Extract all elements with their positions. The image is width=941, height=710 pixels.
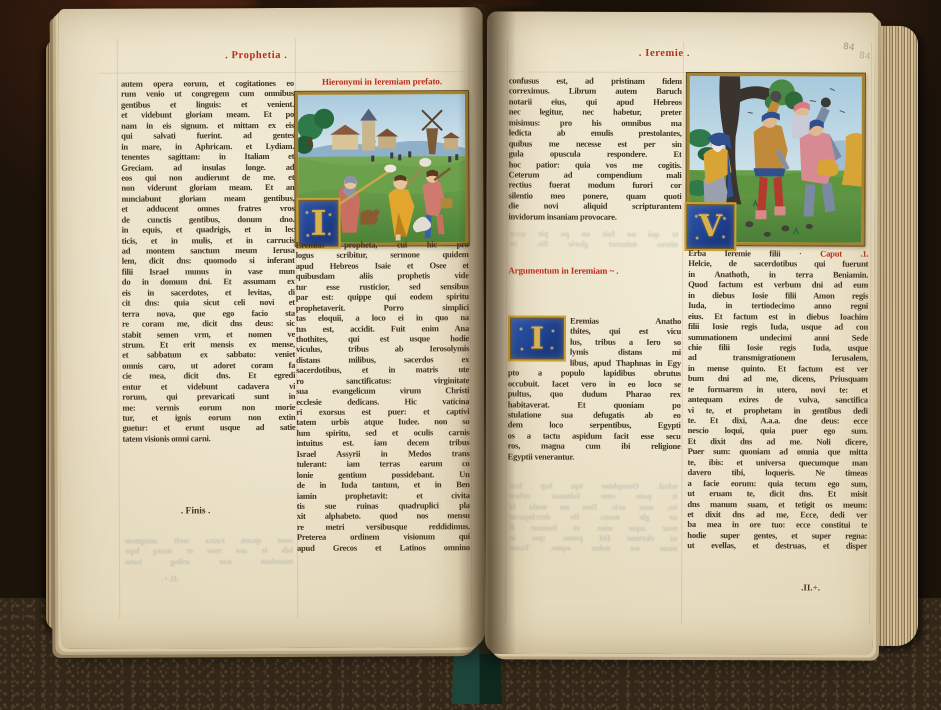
right-column-1-text: confusus est, ad pristinam fidemcorrexim… xyxy=(508,75,682,222)
ruling-line xyxy=(117,39,121,619)
incipit-line: Erba Ieremie filii · Caput .1. xyxy=(688,248,868,259)
jeremiah-chapter1-text: Helcie, de sacerdotibus qui fueruntin An… xyxy=(687,258,868,551)
ruling-line xyxy=(869,43,872,625)
caput-rubric: · Caput .1. xyxy=(799,248,868,258)
signature-dot: . xyxy=(818,582,820,592)
left-column-1-text: autem opera eorum, et cogitationes eorum… xyxy=(121,78,296,444)
showthrough-text: tehul. Oomphine tqu fup borit pote eme f… xyxy=(509,481,677,554)
page-block-fore-edge xyxy=(872,26,918,646)
initial-letter: I xyxy=(530,321,544,356)
rubric-argumentum: Argumentum in Ieremiam ~ . xyxy=(508,265,681,276)
argumentum-full-lines: libus, apud Thaphnas in Egypto a populo … xyxy=(508,357,681,462)
signature-numeral: .II. xyxy=(801,582,813,592)
pencil-foliation-b: 84 xyxy=(858,51,871,63)
incipit-text: Erba Ieremie filii xyxy=(688,248,780,258)
photo-background: . Prophetia . autem opera eorum, et cogi… xyxy=(0,0,941,710)
showthrough-signature: .II.+. xyxy=(119,574,179,583)
manuscript-page-right: . Ieremie . 84 84 confusus est, ad prist… xyxy=(485,11,875,654)
initial-letter: V xyxy=(699,209,722,244)
running-title-right: . Ieremie . xyxy=(562,48,767,60)
ruling-line xyxy=(99,71,463,74)
illuminated-initial-V: V xyxy=(684,202,736,251)
showthrough-text: sone quam rauta seelt amignembib le aro … xyxy=(125,536,293,568)
quire-signature: .II.+. xyxy=(801,582,820,592)
illuminated-initial-I-argumentum: I xyxy=(508,315,566,361)
showthrough-text: te qui no fuit on po ple utrouiteus minu… xyxy=(510,229,678,250)
rubric-jerome-preface: Hieronymi in Ieremiam prefato. xyxy=(297,76,467,87)
finis-mark: . Finis . xyxy=(181,506,211,516)
manuscript-page-left: . Prophetia . autem opera eorum, et cogi… xyxy=(59,7,486,649)
left-column-2-text: Eremias propheta, cui hic prologus scrib… xyxy=(296,239,470,553)
right-column-2-text: Erba Ieremie filii · Caput .1. Helcie, d… xyxy=(687,248,868,551)
figure-onlooker xyxy=(792,102,812,139)
running-title-left: . Prophetia . xyxy=(149,50,364,62)
argumentum-block: I Eremias Anathothites, qui est viculus,… xyxy=(508,315,682,462)
initial-letter: I xyxy=(311,203,327,243)
pencil-foliation-a: 84 xyxy=(842,42,855,54)
